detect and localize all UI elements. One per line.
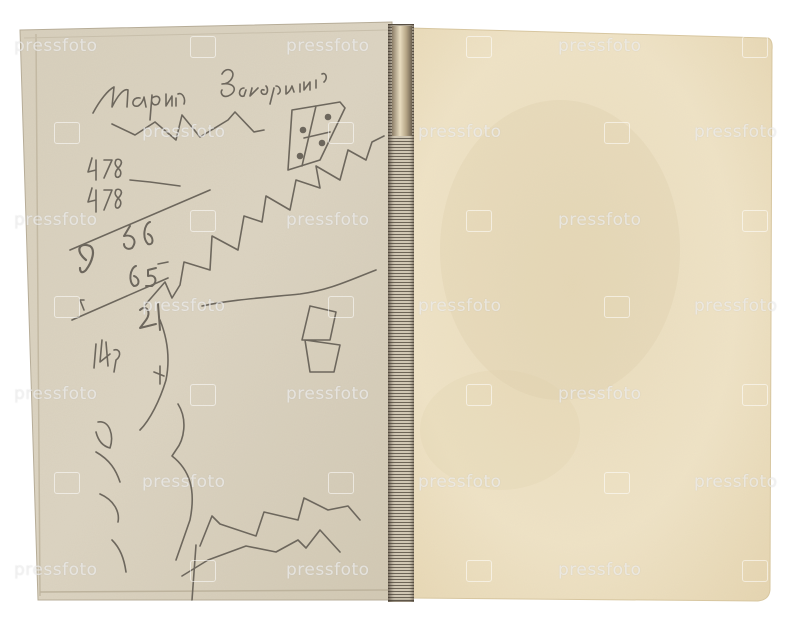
- spine-torn-binding: [392, 26, 412, 136]
- notebook-photo: pressfoto pressfoto pressfoto pressfoto …: [0, 0, 800, 618]
- left-inside-cover: [20, 22, 396, 600]
- right-blank-page: [410, 28, 772, 601]
